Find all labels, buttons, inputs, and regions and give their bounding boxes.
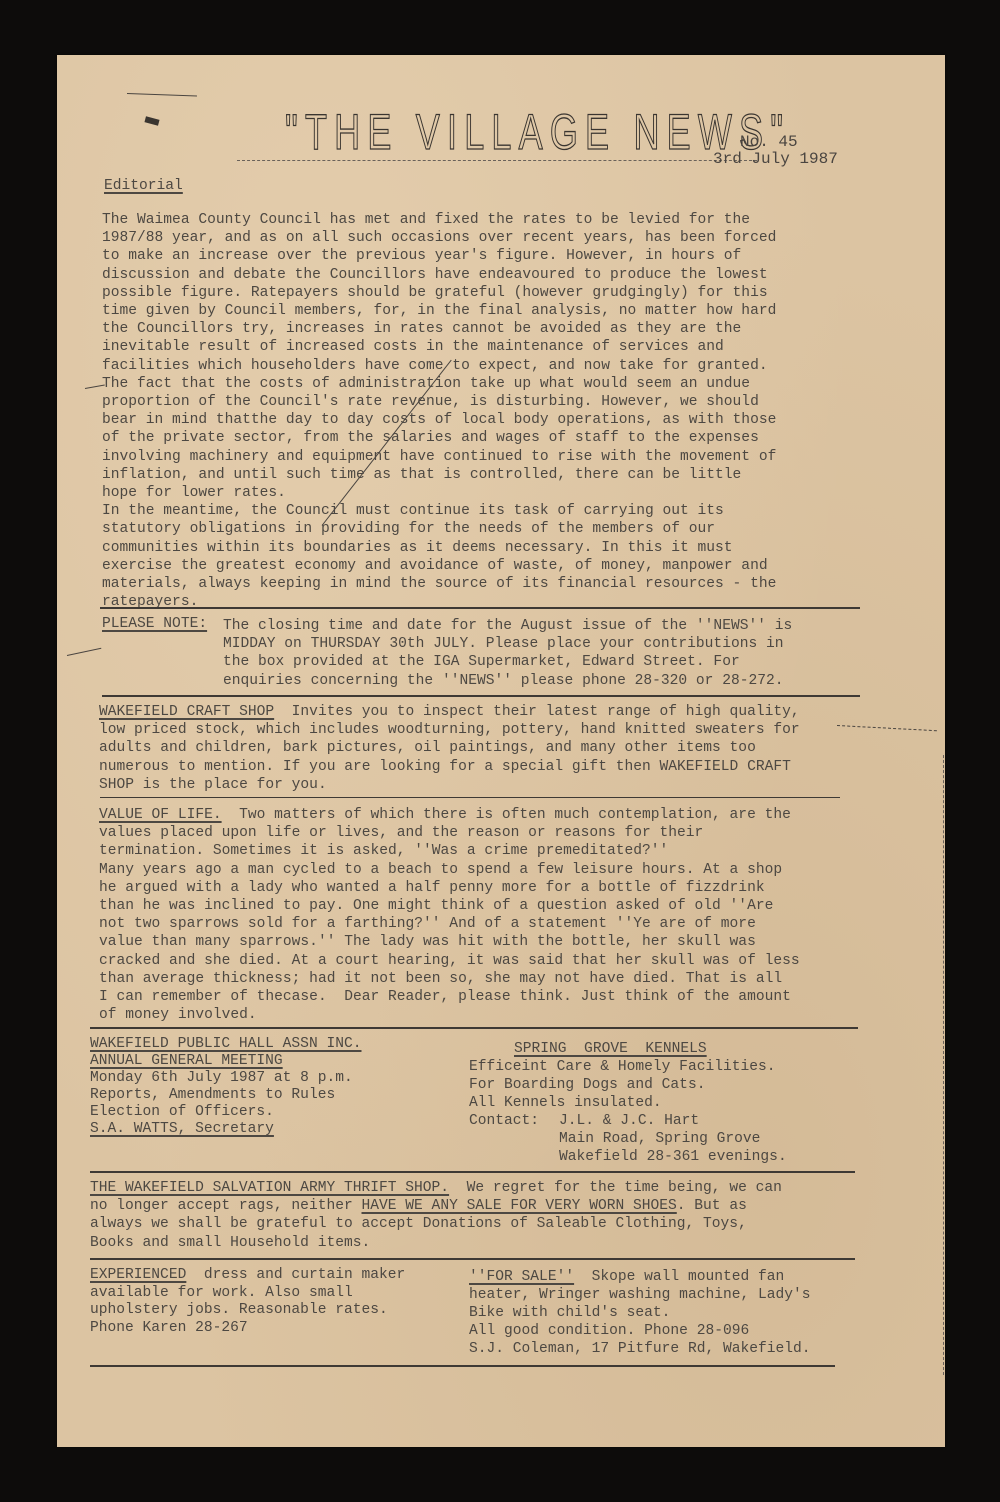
dressmaker-line: available for work. Also small: [90, 1285, 405, 1303]
craft-shop-notice: WAKEFIELD CRAFT SHOP Invites you to insp…: [99, 703, 800, 794]
editorial-line: communities within its boundaries as it …: [102, 539, 776, 557]
editorial-line: time given by Council members, for, in t…: [102, 302, 776, 320]
editorial-line: bear in mind thatthe day to day costs of…: [102, 411, 776, 429]
value-of-life-heading: VALUE OF LIFE.: [99, 807, 222, 823]
editorial-line: statutory obligations in providing for t…: [102, 520, 776, 538]
dressmaker-line: upholstery jobs. Reasonable rates.: [90, 1302, 405, 1320]
value-of-life-line: he argued with a lady who wanted a half …: [99, 879, 800, 897]
thrift-shop-emphasis: HAVE WE ANY SALE FOR VERY WORN SHOES: [362, 1198, 677, 1214]
public-hall-line: Election of Officers.: [90, 1104, 362, 1121]
editorial-line: 1987/88 year, and as on all such occasio…: [102, 229, 776, 247]
editorial-line: The Waimea County Council has met and fi…: [102, 211, 776, 229]
issue-date: 3rd July 1987: [713, 150, 838, 168]
craft-shop-line: low priced stock, which includes woodtur…: [99, 721, 800, 739]
editorial-line: possible figure. Ratepayers should be gr…: [102, 284, 776, 302]
editorial-line: to make an increase over the previous ye…: [102, 247, 776, 265]
editorial-line: In the meantime, the Council must contin…: [102, 502, 776, 520]
thrift-shop-notice: THE WAKEFIELD SALVATION ARMY THRIFT SHOP…: [90, 1179, 782, 1252]
value-of-life-first-line: Two matters of which there is often much…: [222, 807, 791, 823]
public-hall-heading: WAKEFIELD PUBLIC HALL ASSN INC.: [90, 1036, 362, 1053]
editorial-line: inevitable result of increased costs in …: [102, 338, 776, 356]
kennels-contact-line: Main Road, Spring Grove: [469, 1130, 787, 1148]
editorial-heading: Editorial: [104, 177, 183, 195]
thrift-shop-line: no longer accept rags, neither: [90, 1198, 362, 1214]
for-sale-line: heater, Wringer washing machine, Lady's: [469, 1286, 811, 1304]
editorial-line: of the private sector, from the salaries…: [102, 429, 776, 447]
for-sale-line: Bike with child's seat.: [469, 1304, 811, 1322]
secretary-signature: S.A. WATTS, Secretary: [90, 1121, 362, 1138]
value-of-life-line: than he was inclined to pay. One might t…: [99, 897, 800, 915]
ink-smudge: [144, 116, 159, 125]
please-note-label: PLEASE NOTE:: [102, 615, 207, 633]
editorial-line: exercise the greatest economy and avoida…: [102, 557, 776, 575]
public-hall-line: Monday 6th July 1987 at 8 p.m.: [90, 1070, 362, 1087]
issue-number: No. 45: [740, 133, 798, 151]
section-divider: [90, 1258, 855, 1260]
editorial-body: The Waimea County Council has met and fi…: [102, 211, 776, 611]
for-sale-line: All good condition. Phone 28-096: [469, 1322, 811, 1340]
section-divider: [100, 797, 840, 798]
please-note-line: MIDDAY on THURSDAY 30th JULY. Please pla…: [223, 635, 792, 653]
dressmaker-advert: EXPERIENCED dress and curtain maker avai…: [90, 1267, 405, 1337]
kennels-contact-line: J.L. & J.C. Hart: [559, 1113, 699, 1129]
thrift-shop-line: . But as: [677, 1198, 747, 1214]
kennels-advert: SPRING GROVE KENNELS Efficeint Care & Ho…: [469, 1040, 787, 1166]
value-of-life-line: cracked and she died. At a court hearing…: [99, 952, 800, 970]
value-of-life-line: not two sparrows sold for a farthing?'' …: [99, 915, 800, 933]
editorial-line: the Councillors try, increases in rates …: [102, 320, 776, 338]
kennels-line: All Kennels insulated.: [469, 1094, 787, 1112]
newsletter-page: "THE VILLAGE NEWS" No. 45 3rd July 1987 …: [57, 55, 945, 1447]
thrift-shop-first-line: We regret for the time being, we can: [449, 1180, 782, 1196]
value-of-life-line: I can remember of thecase. Dear Reader, …: [99, 988, 800, 1006]
craft-shop-line: SHOP is the place for you.: [99, 776, 800, 794]
dressmaker-first-line: dress and curtain maker: [186, 1267, 405, 1283]
pencil-margin-line: [943, 755, 944, 1375]
dressmaker-heading: EXPERIENCED: [90, 1267, 186, 1283]
please-note-line: The closing time and date for the August…: [223, 617, 792, 635]
pencil-stroke: [127, 93, 197, 96]
kennels-contact-label: Contact:: [469, 1112, 559, 1130]
please-note-line: enquiries concerning the ''NEWS'' please…: [223, 672, 792, 690]
thrift-shop-line: always we shall be grateful to accept Do…: [90, 1215, 782, 1233]
for-sale-heading: ''FOR SALE'': [469, 1269, 574, 1285]
value-of-life-line: Many years ago a man cycled to a beach t…: [99, 861, 800, 879]
value-of-life-article: VALUE OF LIFE. Two matters of which ther…: [99, 806, 800, 1024]
for-sale-first-line: Skope wall mounted fan: [574, 1269, 784, 1285]
for-sale-line: S.J. Coleman, 17 Pitfure Rd, Wakefield.: [469, 1340, 811, 1358]
kennels-line: For Boarding Dogs and Cats.: [469, 1076, 787, 1094]
section-divider: [90, 1171, 855, 1173]
kennels-heading: SPRING GROVE KENNELS: [469, 1040, 787, 1058]
for-sale-advert: ''FOR SALE'' Skope wall mounted fan heat…: [469, 1268, 811, 1358]
editorial-line: hope for lower rates.: [102, 484, 776, 502]
thrift-shop-line: Books and small Household items.: [90, 1234, 782, 1252]
dressmaker-line: Phone Karen 28-267: [90, 1320, 405, 1338]
thrift-shop-heading: THE WAKEFIELD SALVATION ARMY THRIFT SHOP…: [90, 1180, 449, 1196]
please-note-body: The closing time and date for the August…: [223, 617, 792, 690]
value-of-life-line: than average thickness; had it not been …: [99, 970, 800, 988]
craft-shop-heading: WAKEFIELD CRAFT SHOP: [99, 704, 274, 720]
section-divider: [90, 1365, 835, 1367]
editorial-line: inflation, and until such time as that i…: [102, 466, 776, 484]
editorial-line: proportion of the Council's rate revenue…: [102, 393, 776, 411]
value-of-life-line: values placed upon life or lives, and th…: [99, 824, 800, 842]
public-hall-notice: WAKEFIELD PUBLIC HALL ASSN INC. ANNUAL G…: [90, 1036, 362, 1138]
value-of-life-line: termination. Sometimes it is asked, ''Wa…: [99, 842, 800, 860]
editorial-line: involving machinery and equipment have c…: [102, 448, 776, 466]
craft-shop-line: numerous to mention. If you are looking …: [99, 758, 800, 776]
section-divider: [102, 695, 860, 697]
editorial-line: facilities which householders have come …: [102, 357, 776, 375]
pencil-margin-mark: [67, 648, 101, 656]
pencil-margin-mark: [837, 725, 937, 731]
public-hall-line: Reports, Amendments to Rules: [90, 1087, 362, 1104]
masthead-underline: [237, 160, 757, 161]
value-of-life-line: value than many sparrows.'' The lady was…: [99, 933, 800, 951]
value-of-life-line: of money involved.: [99, 1006, 800, 1024]
section-divider: [90, 1027, 858, 1029]
please-note-line: the box provided at the IGA Supermarket,…: [223, 653, 792, 671]
craft-shop-line: adults and children, bark pictures, oil …: [99, 739, 800, 757]
editorial-line: materials, always keeping in mind the so…: [102, 575, 776, 593]
editorial-line: discussion and debate the Councillors ha…: [102, 266, 776, 284]
section-divider: [100, 607, 860, 609]
craft-shop-first-line: Invites you to inspect their latest rang…: [274, 704, 799, 720]
kennels-line: Efficeint Care & Homely Facilities.: [469, 1058, 787, 1076]
agm-heading: ANNUAL GENERAL MEETING: [90, 1053, 362, 1070]
kennels-contact-line: Wakefield 28-361 evenings.: [469, 1148, 787, 1166]
editorial-line: The fact that the costs of administratio…: [102, 375, 776, 393]
